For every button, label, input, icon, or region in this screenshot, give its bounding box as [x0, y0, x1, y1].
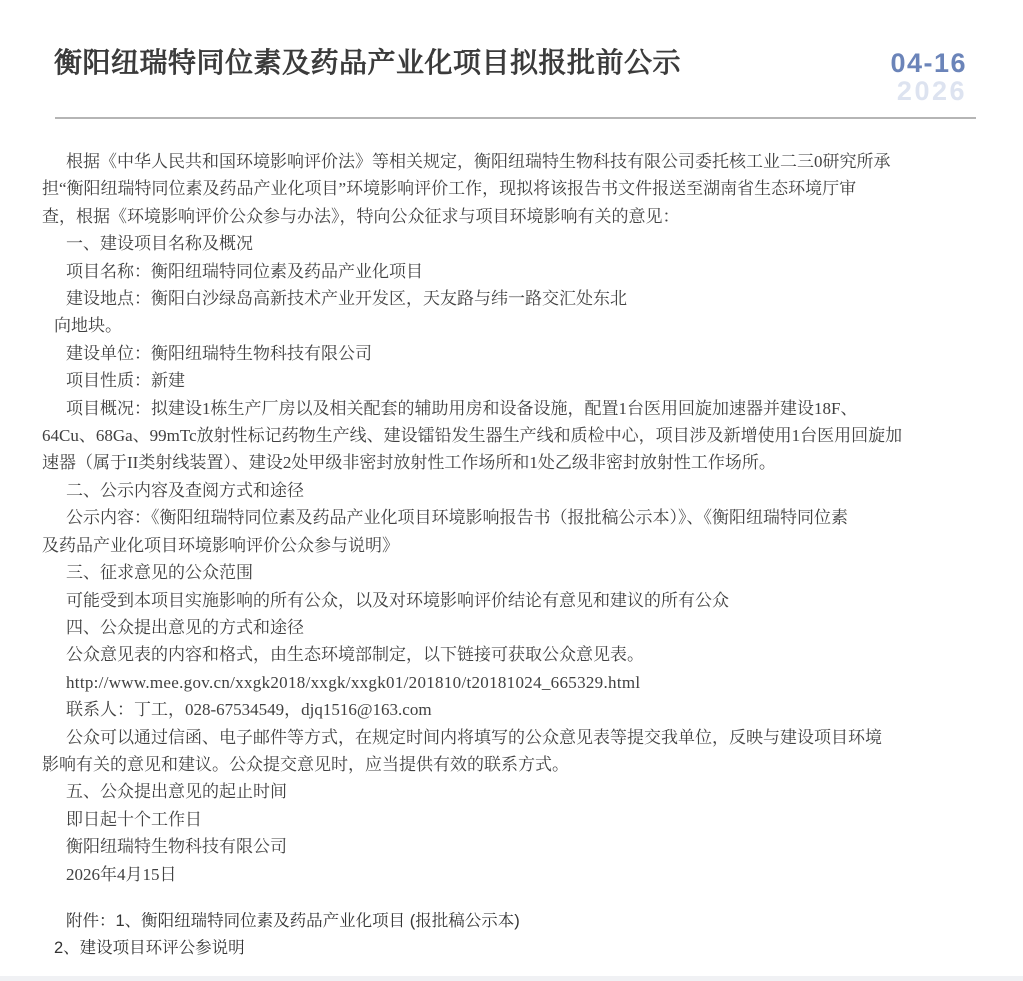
body-line: 衡阳纽瑞特生物科技有限公司 — [42, 833, 983, 860]
body-line: 项目概况：拟建设1栋生产厂房以及相关配套的辅助用房和设备设施，配置1台医用回旋加… — [42, 395, 983, 422]
body-line: 64Cu、68Ga、99mTc放射性标记药物生产线、建设镭铅发生器生产线和质检中… — [42, 422, 983, 449]
body-line: 担“衡阳纽瑞特同位素及药品产业化项目”环境影响评价工作，现拟将该报告书文件报送至… — [42, 175, 983, 202]
announcement-header: 衡阳纽瑞特同位素及药品产业化项目拟报批前公示 04-16 2026 — [0, 0, 1023, 105]
body-line: 速器（属于II类射线装置）、建设2处甲级非密封放射性工作场所和1处乙级非密封放射… — [42, 449, 983, 476]
body-line: 根据《中华人民共和国环境影响评价法》等相关规定，衡阳纽瑞特生物科技有限公司委托核… — [42, 148, 983, 175]
body-line: 即日起十个工作日 — [42, 806, 983, 833]
body-line: 影响有关的意见和建议。公众提交意见时，应当提供有效的联系方式。 — [42, 751, 983, 778]
body-line: 项目名称：衡阳纽瑞特同位素及药品产业化项目 — [42, 258, 983, 285]
publish-date-day: 04-16 — [890, 50, 967, 77]
body-line: 查，根据《环境影响评价公众参与办法》，特向公众征求与项目环境影响有关的意见： — [42, 203, 983, 230]
announcement-body: 根据《中华人民共和国环境影响评价法》等相关规定，衡阳纽瑞特生物科技有限公司委托核… — [0, 119, 1023, 888]
public-comment-form-url[interactable]: http://www.mee.gov.cn/xxgk2018/xxgk/xxgk… — [42, 669, 983, 696]
attachment-link-2[interactable]: 2、建设项目环评公参说明 — [42, 935, 983, 963]
page-title: 衡阳纽瑞特同位素及药品产业化项目拟报批前公示 — [54, 46, 681, 80]
body-line: 公示内容：《衡阳纽瑞特同位素及药品产业化项目环境影响报告书（报批稿公示本）》、《… — [42, 504, 983, 531]
body-line: 项目性质：新建 — [42, 367, 983, 394]
attachments-section: 附件：1、衡阳纽瑞特同位素及药品产业化项目 (报批稿公示本)2、建设项目环评公参… — [0, 888, 1023, 963]
body-line: 公众可以通过信函、电子邮件等方式，在规定时间内将填写的公众意见表等提交我单位，反… — [42, 724, 983, 751]
publish-date-year: 2026 — [890, 78, 967, 105]
body-line: 二、公示内容及查阅方式和途径 — [42, 477, 983, 504]
bottom-edge-bar — [0, 976, 1023, 981]
body-line: 四、公众提出意见的方式和途径 — [42, 614, 983, 641]
attachment-link-1[interactable]: 附件：1、衡阳纽瑞特同位素及药品产业化项目 (报批稿公示本) — [42, 908, 983, 936]
body-line: 一、建设项目名称及概况 — [42, 230, 983, 257]
body-line: 及药品产业化项目环境影响评价公众参与说明》 — [42, 532, 983, 559]
body-line: 公众意见表的内容和格式，由生态环境部制定，以下链接可获取公众意见表。 — [42, 641, 983, 668]
body-line: 建设单位：衡阳纽瑞特生物科技有限公司 — [42, 340, 983, 367]
publish-date: 04-16 2026 — [890, 50, 967, 105]
body-line: 建设地点：衡阳白沙绿岛高新技术产业开发区，天友路与纬一路交汇处东北 — [42, 285, 983, 312]
body-line: 五、公众提出意见的起止时间 — [42, 778, 983, 805]
body-line: 联系人：丁工，028-67534549，djq1516@163.com — [42, 696, 983, 723]
body-line: 向地块。 — [42, 312, 983, 339]
body-line: 三、征求意见的公众范围 — [42, 559, 983, 586]
body-line: 2026年4月15日 — [42, 861, 983, 888]
body-line: 可能受到本项目实施影响的所有公众，以及对环境影响评价结论有意见和建议的所有公众 — [42, 587, 983, 614]
announcement-page: 衡阳纽瑞特同位素及药品产业化项目拟报批前公示 04-16 2026 根据《中华人… — [0, 0, 1023, 981]
